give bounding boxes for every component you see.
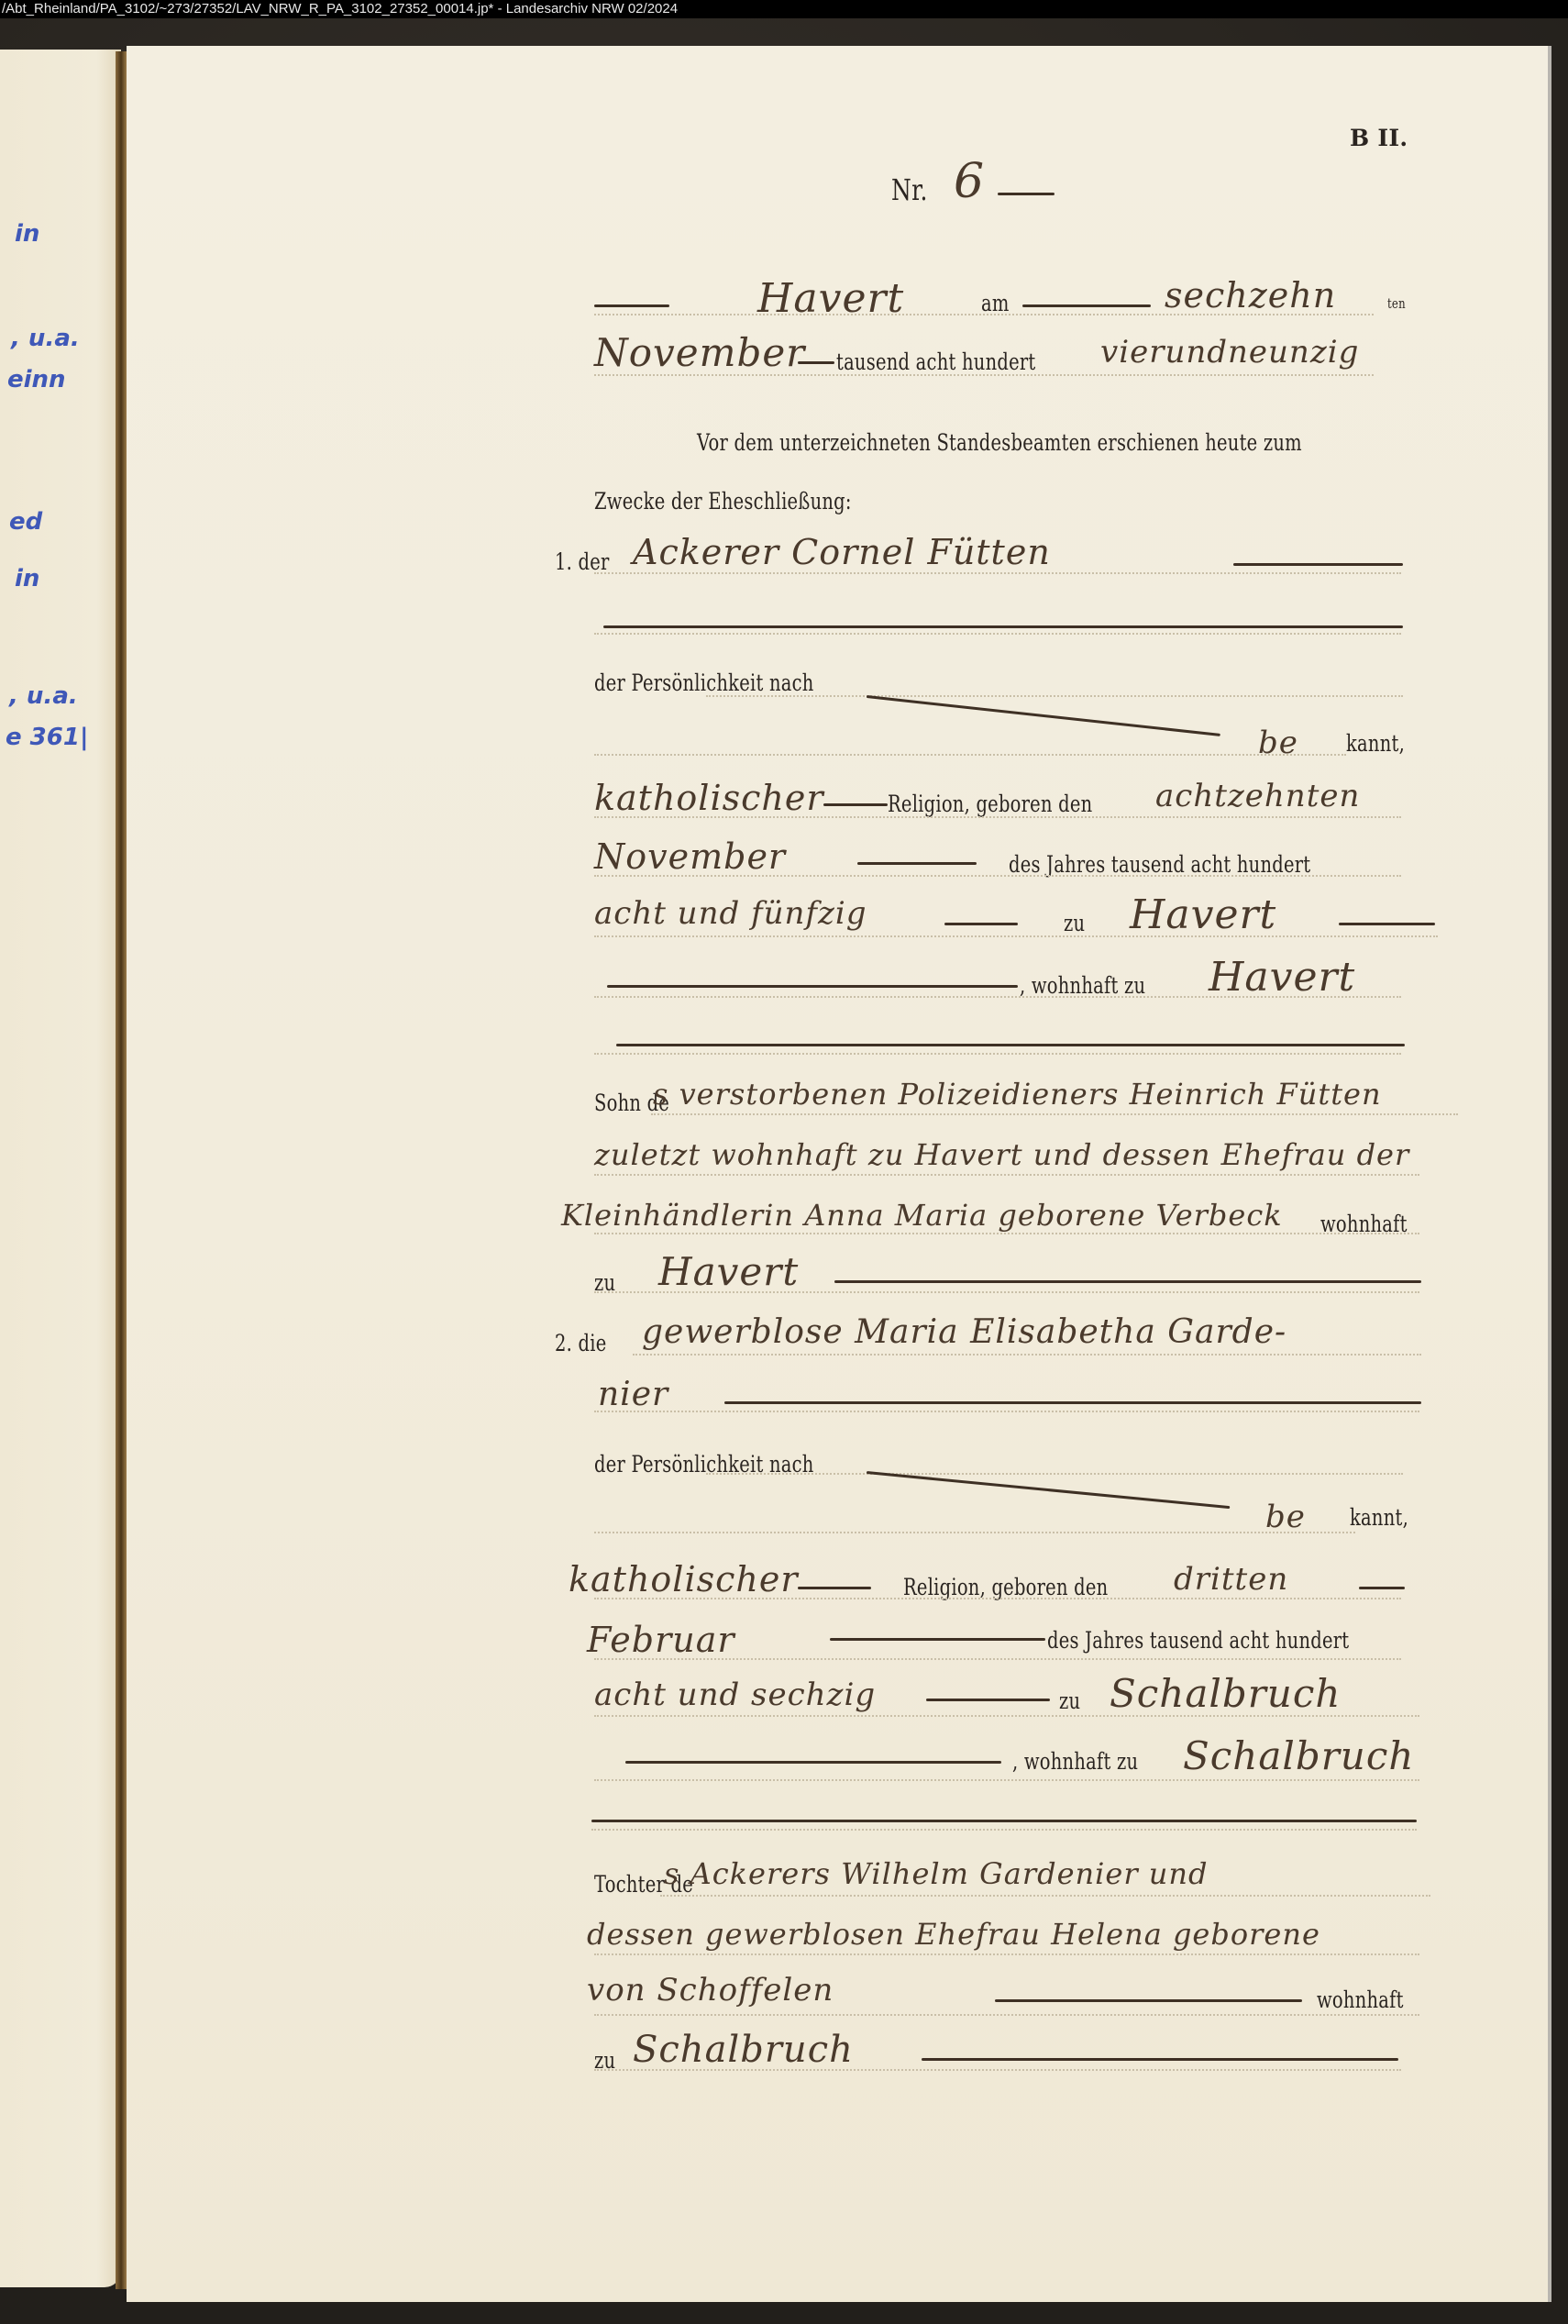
known-suffix: kannt,	[1346, 730, 1405, 757]
residence-label: , wohnhaft zu	[1012, 1748, 1138, 1775]
book-gutter	[116, 51, 127, 2289]
residence-field: Havert	[1209, 954, 1355, 1001]
dotted-line	[594, 1715, 1419, 1717]
parents-residence-field: Schalbruch	[633, 2029, 854, 2071]
person2-name-field: gewerblose Maria Elisabetha Garde-	[642, 1313, 1286, 1351]
fill-stroke	[1359, 1587, 1405, 1589]
dotted-line	[594, 633, 1401, 635]
fill-stroke	[798, 1587, 871, 1589]
dotted-line	[594, 754, 1346, 756]
year-prefix: tausend acht hundert	[836, 349, 1035, 375]
margin-note: e 361|	[6, 724, 88, 751]
dotted-line	[594, 314, 1374, 315]
known-suffix: kannt,	[1350, 1504, 1408, 1531]
record-number: 6	[954, 154, 985, 209]
margin-note: , u.a.	[9, 682, 78, 710]
birth-day-field: dritten	[1174, 1561, 1288, 1598]
birth-month-field: November	[594, 836, 786, 877]
form-code: B II.	[1350, 125, 1408, 151]
margin-note: , u.a.	[11, 325, 80, 352]
dotted-line	[651, 1113, 1458, 1115]
religion-label: Religion, geboren den	[903, 1574, 1108, 1600]
birth-year-field: acht und fünfzig	[594, 895, 867, 932]
intro-text: Zwecke der Eheschließung:	[594, 488, 852, 515]
dotted-line	[594, 1779, 1419, 1781]
dotted-line	[594, 1411, 1419, 1412]
parents-field: s verstorbenen Polizeidieners Heinrich F…	[653, 1077, 1382, 1112]
fill-stroke	[922, 2058, 1398, 2061]
birthplace-label: zu	[1064, 910, 1085, 936]
fill-stroke	[857, 862, 977, 865]
fill-stroke	[1022, 304, 1151, 307]
am-label: am	[981, 290, 1010, 316]
fill-stroke	[830, 1638, 1045, 1641]
person2-number: 2. die	[555, 1330, 606, 1356]
dotted-line	[594, 2014, 1419, 2016]
fill-stroke	[995, 1999, 1302, 2002]
dotted-line	[594, 1532, 1355, 1533]
birthplace-field: Schalbruch	[1110, 1671, 1341, 1716]
dotted-line	[594, 1598, 1401, 1599]
residence-field: Schalbruch	[1183, 1733, 1414, 1778]
fill-stroke	[926, 1699, 1050, 1701]
dotted-line	[594, 875, 1401, 877]
dotted-line	[594, 1291, 1419, 1293]
fill-stroke	[998, 193, 1055, 195]
parents-residence-field: Havert	[658, 1249, 799, 1294]
person1-number: 1. der	[555, 548, 610, 575]
fill-stroke	[823, 803, 888, 806]
dotted-line	[594, 1658, 1401, 1660]
dotted-line	[594, 996, 1401, 998]
fill-stroke	[944, 923, 1018, 925]
parents-residence-label: wohnhaft	[1317, 1986, 1404, 2013]
fill-stroke	[724, 1401, 1421, 1404]
birthplace-field: Havert	[1130, 891, 1276, 938]
identity-label: der Persönlichkeit nach	[594, 670, 814, 696]
fill-stroke	[625, 1761, 1001, 1764]
number-label: Nr.	[891, 172, 928, 207]
left-page: in , u.a. einn ed in , u.a. e 361|	[0, 50, 121, 2287]
year-field: vierundneunzig	[1100, 334, 1359, 371]
margin-note: ed	[9, 508, 42, 536]
day-field: sechzehn	[1165, 275, 1336, 315]
dotted-line	[706, 695, 1403, 697]
fill-stroke	[1339, 923, 1435, 925]
parents-field: dessen gewerblosen Ehefrau Helena gebore…	[587, 1917, 1320, 1952]
fill-stroke	[607, 985, 1018, 988]
person1-name-field: Ackerer Cornel Fütten	[633, 532, 1051, 572]
window-title: /Abt_Rheinland/PA_3102/~273/27352/LAV_NR…	[0, 0, 1568, 18]
dotted-line	[594, 2069, 1401, 2071]
fill-stroke	[616, 1044, 1405, 1046]
fill-stroke	[834, 1280, 1421, 1283]
dotted-line	[594, 1053, 1401, 1055]
dotted-line	[594, 1233, 1419, 1234]
parents-field: Kleinhändlerin Anna Maria geborene Verbe…	[561, 1198, 1283, 1233]
fill-stroke	[594, 304, 669, 307]
birth-year-field: acht und sechzig	[594, 1677, 876, 1713]
dotted-line	[594, 374, 1374, 376]
parents-field: zuletzt wohnhaft zu Havert und dessen Eh…	[594, 1137, 1409, 1172]
religion-field: katholischer	[594, 778, 824, 818]
known-field: be	[1258, 725, 1298, 761]
intro-text: Vor dem unterzeichneten Standesbeamten e…	[697, 429, 1302, 456]
dotted-line	[594, 572, 1401, 574]
fill-stroke	[591, 1820, 1417, 1822]
person2-name-field: nier	[598, 1376, 668, 1413]
fill-stroke	[603, 625, 1403, 628]
known-field: be	[1265, 1499, 1306, 1535]
margin-note: in	[15, 220, 39, 248]
margin-note: einn	[7, 366, 66, 393]
birth-month-field: Februar	[587, 1620, 735, 1660]
day-suffix: ten	[1387, 295, 1406, 312]
dotted-line	[591, 1829, 1417, 1831]
birth-day-field: achtzehnten	[1155, 778, 1360, 814]
parents-field: s Ackerers Wilhelm Gardenier und	[664, 1856, 1208, 1891]
dotted-line	[706, 1473, 1403, 1475]
fill-stroke	[798, 361, 834, 364]
dotted-line	[633, 1354, 1421, 1356]
dotted-line	[594, 816, 1401, 818]
dotted-line	[594, 1174, 1419, 1176]
dotted-line	[594, 1953, 1419, 1955]
religion-field: katholischer	[569, 1559, 799, 1599]
month-field: November	[594, 330, 805, 375]
birthplace-label: zu	[1059, 1688, 1080, 1714]
dotted-line	[660, 1895, 1430, 1897]
religion-label: Religion, geboren den	[888, 791, 1092, 817]
parents-field: von Schoffelen	[587, 1972, 834, 2009]
year-label: des Jahres tausend acht hundert	[1009, 851, 1310, 878]
year-label: des Jahres tausend acht hundert	[1047, 1627, 1349, 1654]
residence-label: , wohnhaft zu	[1020, 972, 1145, 999]
dotted-line	[594, 935, 1438, 937]
margin-note: in	[15, 565, 39, 592]
fill-stroke	[1233, 563, 1403, 566]
